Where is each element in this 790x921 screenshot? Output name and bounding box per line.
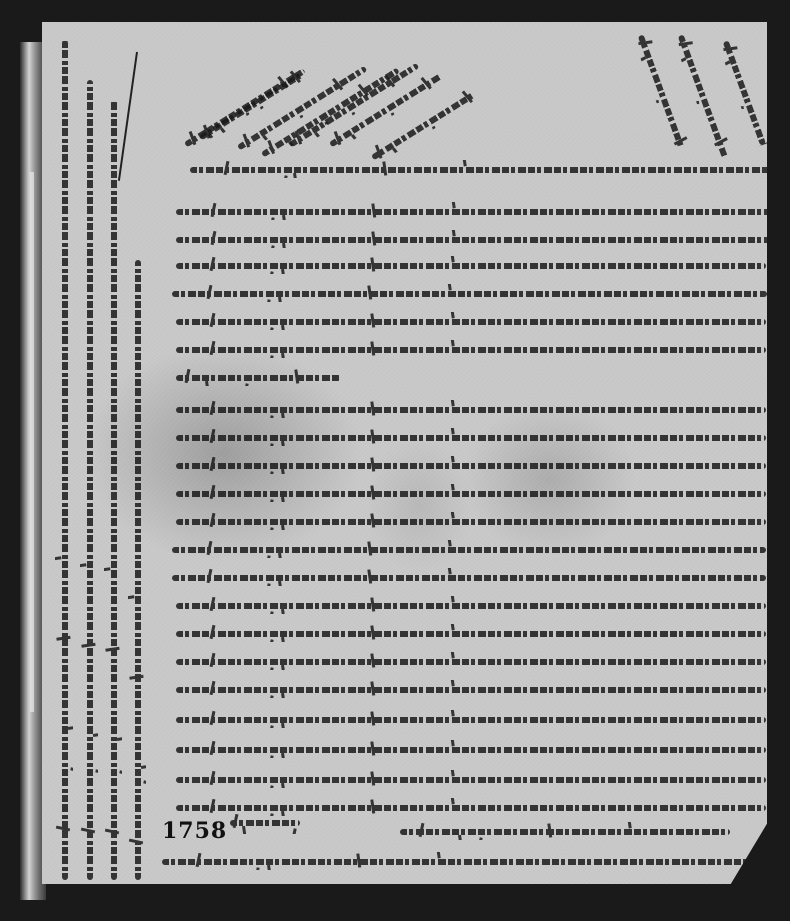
text-line: [Georgian cursive text line 10] bbox=[176, 428, 766, 446]
text-line: [Georgian cursive text line 20] bbox=[176, 710, 766, 728]
text-line: [Georgian cursive text line 4] bbox=[176, 256, 766, 274]
text-line: [Georgian cursive text line 6] bbox=[176, 312, 766, 330]
year-suffix: [Georgian abbreviation] bbox=[230, 812, 300, 834]
text-line: [Georgian cursive text line 2] bbox=[176, 202, 771, 220]
text-line: [Georgian cursive text line 5] bbox=[172, 284, 767, 302]
text-line: [Georgian cursive text line 9] bbox=[176, 400, 766, 418]
text-line: [Georgian cursive text line 8] bbox=[176, 368, 341, 386]
margin-column: [Georgian cursive margin column 1] bbox=[55, 40, 73, 880]
margin-column: [Georgian cursive margin column 4] bbox=[128, 260, 146, 880]
text-line: [Georgian cursive text line 17] bbox=[176, 624, 766, 642]
text-line: [Georgian cursive text line 16] bbox=[176, 596, 766, 614]
text-line: [Georgian cursive text line 15] bbox=[172, 568, 766, 586]
date-line-trailing: [Georgian cursive text] bbox=[400, 822, 730, 840]
text-line: [Georgian cursive text line 12] bbox=[176, 484, 766, 502]
text-line: [Georgian cursive text line 3] bbox=[176, 230, 771, 248]
closing-line: [Georgian cursive closing line] bbox=[162, 852, 752, 870]
year-text: 1758 bbox=[162, 818, 227, 844]
text-line: [Georgian cursive text line 22] bbox=[176, 770, 766, 788]
text-line: [Georgian cursive text line 1] bbox=[190, 160, 770, 178]
binding-crease bbox=[30, 172, 34, 712]
text-line: [Georgian cursive text line 21] bbox=[176, 740, 766, 758]
text-line: [Georgian cursive text line 11] bbox=[176, 456, 766, 474]
text-line: [Georgian cursive text line 7] bbox=[176, 340, 766, 358]
margin-column: [Georgian cursive margin column 3] bbox=[104, 100, 122, 880]
text-line: [Georgian cursive text line 14] bbox=[172, 540, 766, 558]
text-line: [Georgian cursive text line 18] bbox=[176, 652, 766, 670]
margin-column: [Georgian cursive margin column 2] bbox=[80, 80, 98, 880]
text-line: [Georgian cursive text line 19] bbox=[176, 680, 766, 698]
text-line: [Georgian cursive text line 13] bbox=[176, 512, 766, 530]
